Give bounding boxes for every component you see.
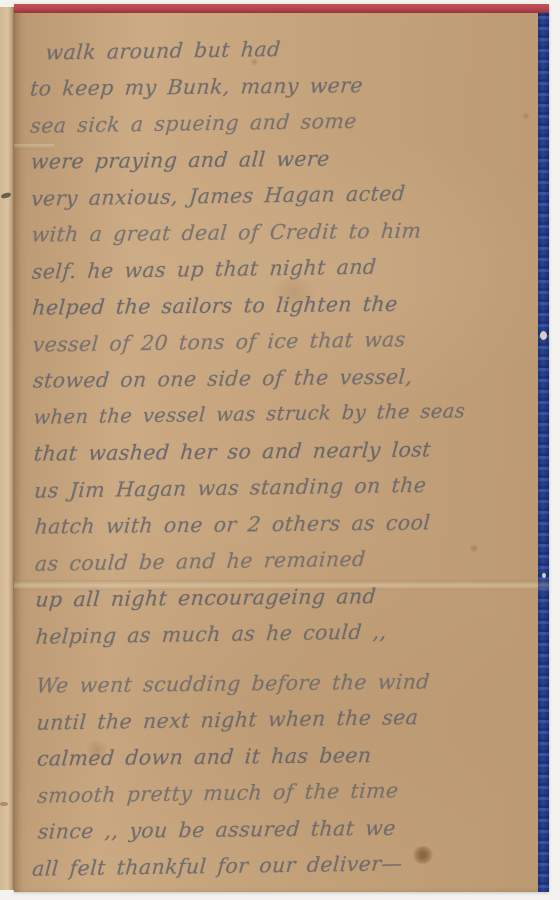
handwritten-line: vessel of 20 tons of ice that was bbox=[31, 319, 534, 363]
ink-smudge-mark bbox=[1, 192, 12, 199]
handwritten-line: to keep my Bunk, many were bbox=[29, 65, 532, 107]
handwritten-line: up all night encourageing and bbox=[34, 576, 537, 618]
scanned-notebook-page: walk around but had to keep my Bunk, man… bbox=[0, 0, 560, 900]
handwritten-line: helping as much as he could ,, bbox=[34, 611, 537, 655]
handwritten-line: until the next night when the sea bbox=[35, 697, 538, 741]
handwritten-line: when the vessel was struck by the seas bbox=[32, 392, 535, 436]
handwritten-line: since ,, you be assured that we bbox=[36, 808, 539, 850]
handwritten-line: hatch with one or 2 others as cool bbox=[33, 503, 536, 545]
handwritten-line: smooth pretty much of the time bbox=[36, 770, 539, 814]
red-cover-edge bbox=[14, 4, 549, 13]
handwritten-line: walk around but had bbox=[28, 27, 531, 71]
handwritten-text-block: walk around but had to keep my Bunk, man… bbox=[30, 28, 539, 886]
paper-stain bbox=[0, 802, 8, 806]
worn-chip bbox=[542, 573, 546, 578]
handwritten-line: as could be and he remained bbox=[34, 538, 537, 582]
handwritten-line: all felt thankful for our deliver— bbox=[31, 843, 540, 887]
notebook-page: walk around but had to keep my Bunk, man… bbox=[14, 4, 549, 892]
adjacent-page-edge bbox=[0, 7, 14, 890]
handwritten-line: were praying and all were bbox=[29, 138, 532, 180]
handwritten-line: that washed her so and nearly lost bbox=[33, 430, 536, 472]
handwritten-line: We went scudding before the wind bbox=[35, 662, 538, 704]
blue-cover-edge bbox=[538, 13, 549, 892]
handwritten-line: self. he was up that night and bbox=[31, 246, 534, 290]
handwritten-line: sea sick a spueing and some bbox=[29, 100, 532, 144]
worn-chip bbox=[540, 331, 547, 340]
handwritten-line: helped the sailors to lighten the bbox=[31, 284, 534, 326]
handwritten-line: very anxious, James Hagan acted bbox=[30, 173, 533, 217]
handwritten-line: with a great deal of Credit to him bbox=[30, 211, 533, 253]
handwritten-line: us Jim Hagan was standing on the bbox=[33, 465, 536, 509]
handwritten-line: calmed down and it has been bbox=[36, 735, 539, 777]
handwritten-line: stowed on one side of the vessel, bbox=[32, 357, 535, 399]
